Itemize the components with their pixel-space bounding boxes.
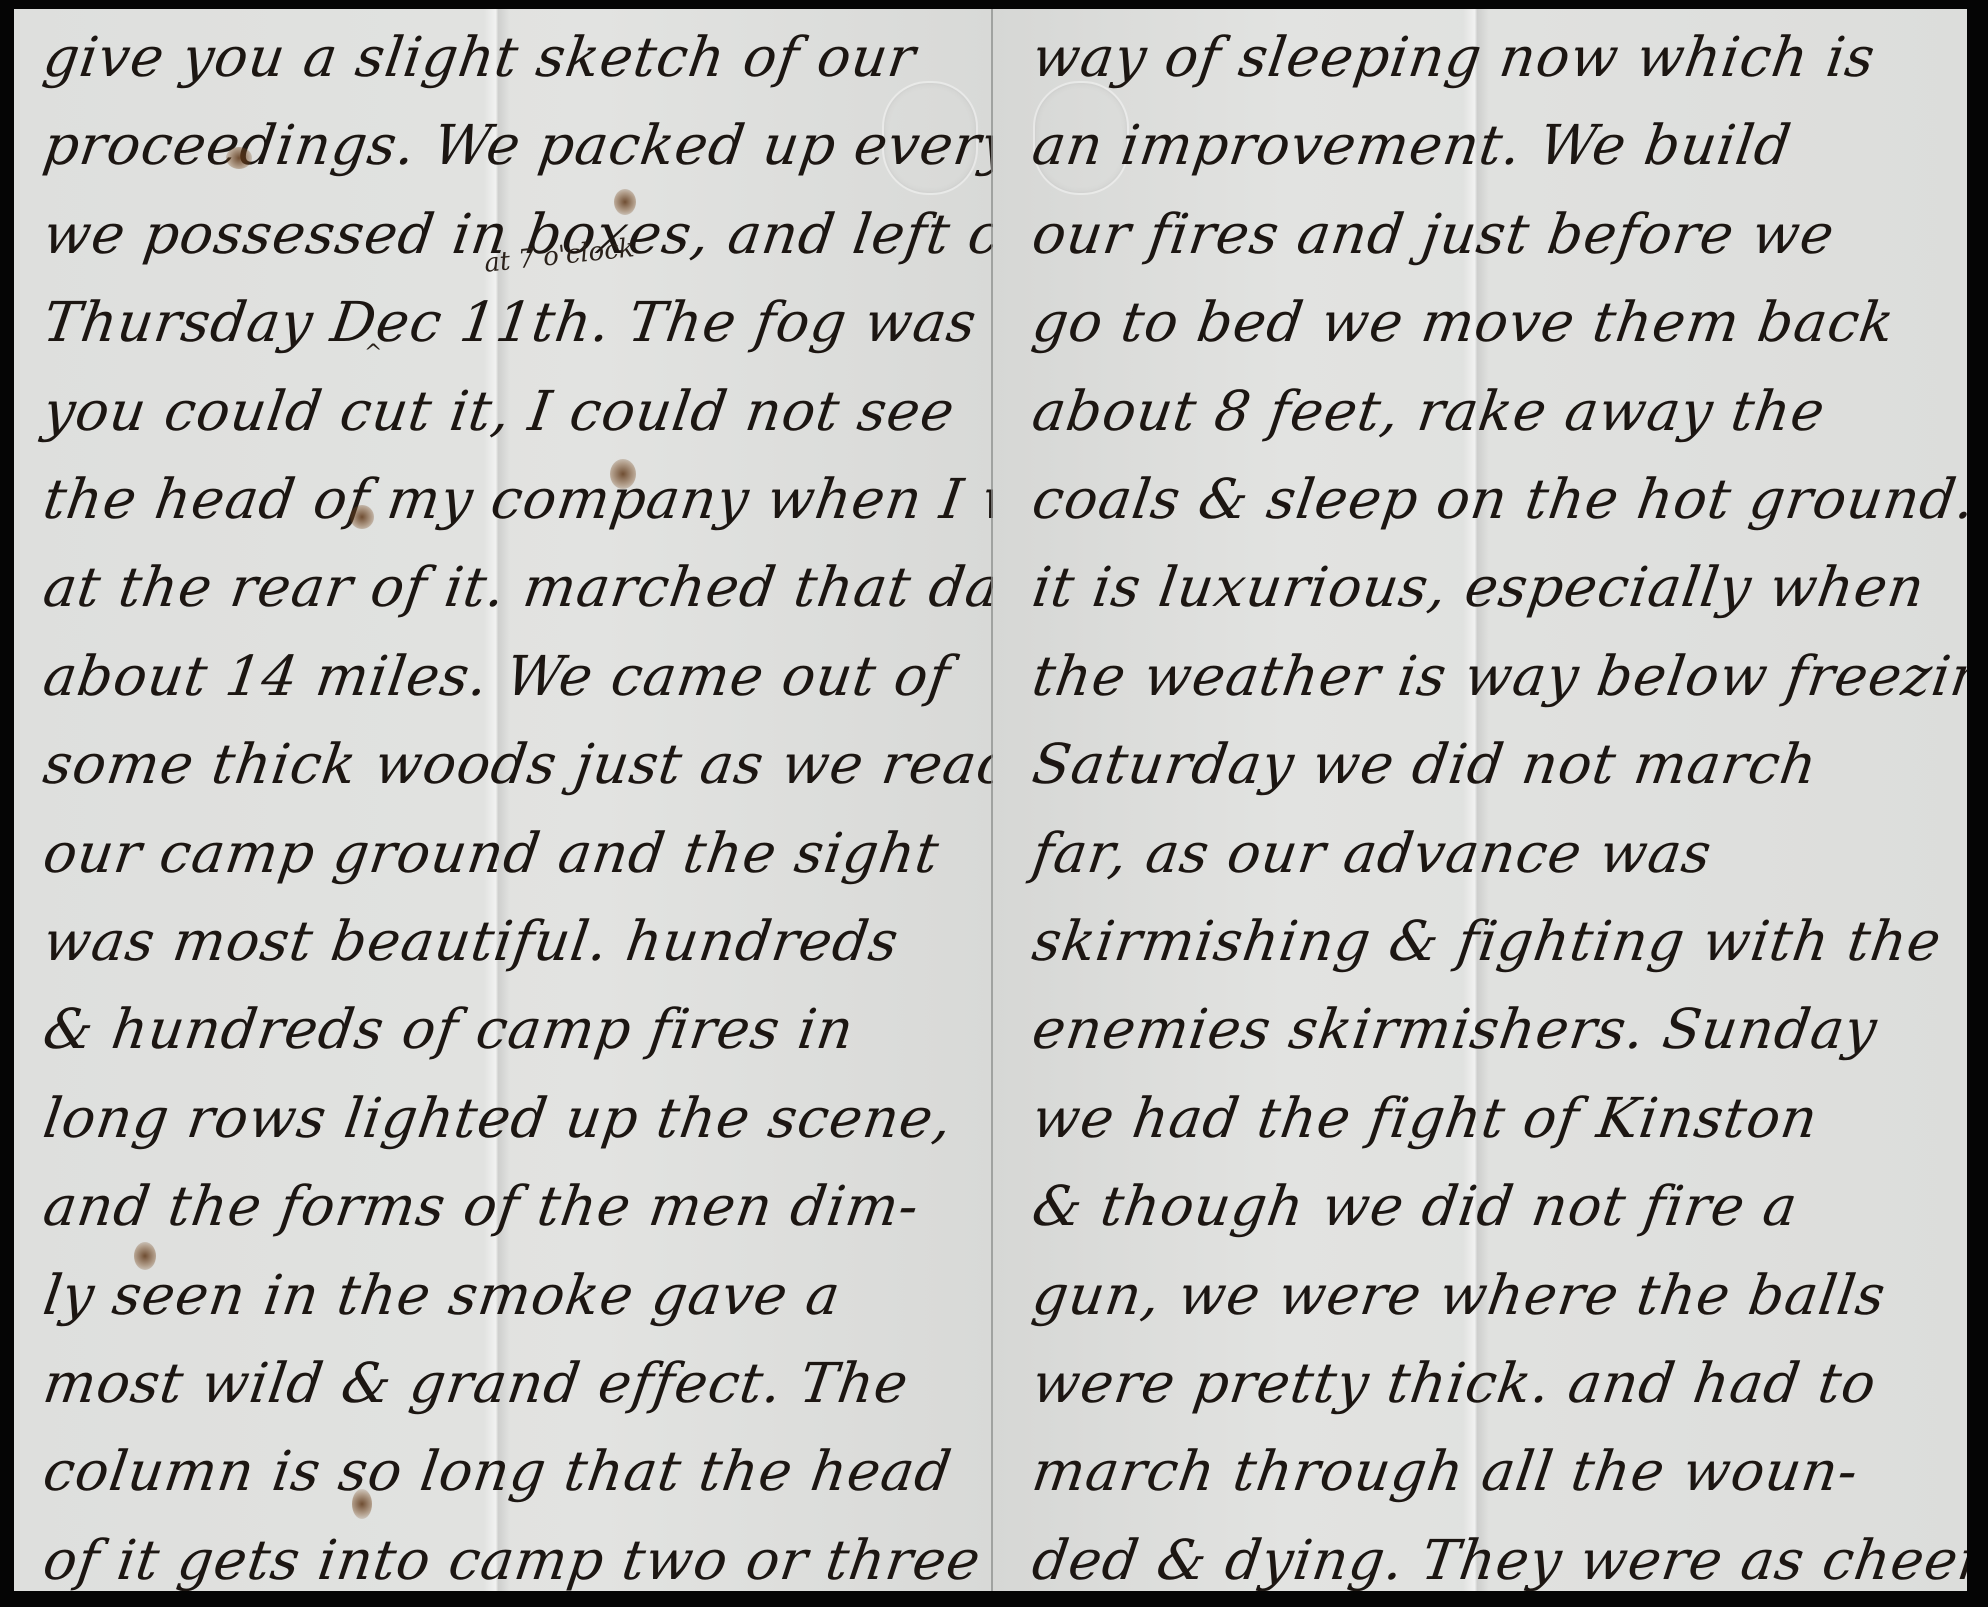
handwritten-line: an improvement. We build	[1029, 115, 1795, 175]
handwritten-line: ded & dying. They were as cheer-	[1029, 1530, 1967, 1590]
handwritten-line: about 14 miles. We came out of	[40, 646, 955, 706]
handwritten-line: and the forms of the men dim-	[40, 1176, 923, 1236]
handwritten-line: Saturday we did not march	[1029, 734, 1821, 794]
right-page: way of sleeping now which is an improvem…	[993, 9, 1967, 1591]
handwritten-line: you could cut it, I could not see	[40, 381, 959, 441]
ink-stain	[614, 189, 636, 215]
ink-stain	[610, 459, 636, 489]
handwritten-line: we had the fight of Kinston	[1029, 1088, 1822, 1148]
handwritten-line: & though we did not fire a	[1029, 1176, 1802, 1236]
handwritten-line: our fires and just before we	[1029, 204, 1839, 264]
handwritten-line: were pretty thick. and had to	[1029, 1353, 1880, 1413]
handwritten-line: way of sleeping now which is	[1029, 27, 1879, 87]
handwritten-line: ly seen in the smoke gave a	[40, 1265, 845, 1325]
handwritten-line: give you a slight sketch of our	[40, 27, 920, 87]
handwritten-line: our camp ground and the sight	[40, 823, 943, 883]
handwritten-line: Thursday Dec 11th. The fog was so thick	[40, 292, 993, 352]
handwritten-line: coals & sleep on the hot ground.	[1029, 469, 1967, 529]
handwritten-line: it is luxurious, especially when	[1029, 557, 1929, 617]
handwritten-line: enemies skirmishers. Sunday	[1029, 999, 1881, 1059]
handwritten-line: march through all the woun-	[1029, 1441, 1862, 1501]
handwritten-line: some thick woods just as we reached	[40, 734, 993, 794]
handwritten-line: go to bed we move them back	[1029, 292, 1899, 352]
ink-stain	[226, 147, 252, 169]
handwritten-line: about 8 feet, rake away the	[1029, 381, 1829, 441]
handwritten-line: of it gets into camp two or three	[40, 1530, 985, 1590]
handwritten-line: at the rear of it. marched that day	[40, 557, 993, 617]
letter-paper: give you a slight sketch of our proceedi…	[14, 9, 1967, 1591]
handwritten-line: far, as our advance was	[1029, 823, 1716, 883]
handwritten-line: gun, we were where the balls	[1029, 1265, 1890, 1325]
ink-stain	[134, 1242, 156, 1270]
handwritten-line: the weather is way below freezing.	[1029, 646, 1967, 706]
handwritten-line: long rows lighted up the scene,	[40, 1088, 956, 1148]
handwritten-line: the head of my company when I was	[40, 469, 993, 529]
handwritten-line: most wild & grand effect. The	[40, 1353, 913, 1413]
left-page: give you a slight sketch of our proceedi…	[14, 9, 993, 1591]
handwritten-line: skirmishing & fighting with the	[1029, 911, 1946, 971]
handwritten-line: & hundreds of camp fires in	[40, 999, 858, 1059]
handwritten-line: column is so long that the head	[40, 1441, 956, 1501]
insertion-caret-icon: ^	[364, 341, 382, 366]
handwritten-line: was most beautiful. hundreds	[40, 911, 903, 971]
handwritten-line: proceedings. We packed up every thing	[40, 115, 993, 175]
ink-stain	[352, 1489, 372, 1519]
ink-stain	[350, 505, 374, 529]
